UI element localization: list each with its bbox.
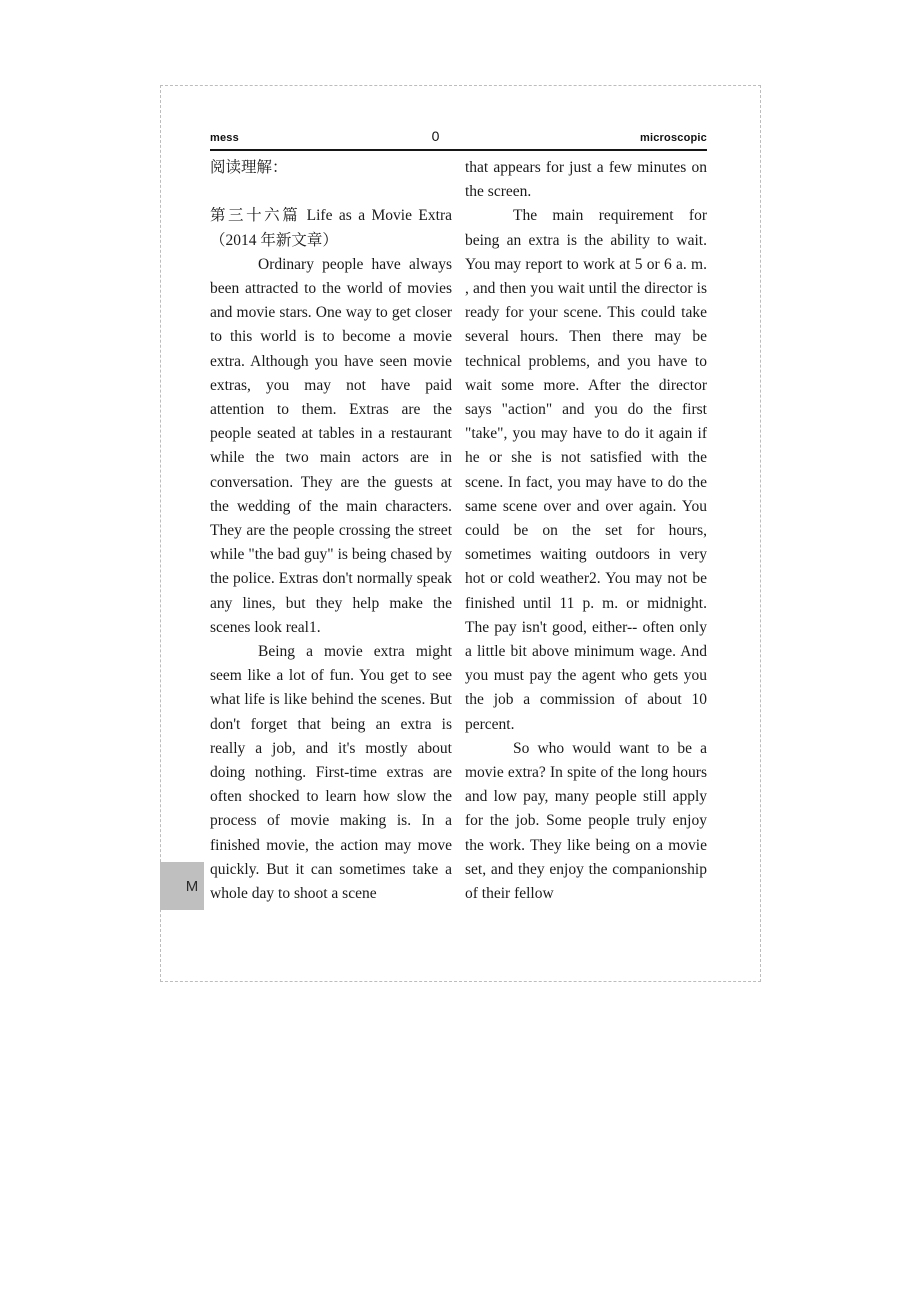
left-column: 阅读理解： 第三十六篇 Life as a Movie Extra（2014 年… [210,156,452,906]
paragraph-3: The main requirement for being an extra … [465,204,707,736]
section-label: 阅读理解： [210,156,452,180]
document-page: mess 0 microscopic 阅读理解： 第三十六篇 Life as a… [160,85,761,982]
margin-marker: M [160,862,204,910]
paragraph-2-continuation: that appears for just a few minutes on t… [465,156,707,204]
document-canvas: mess 0 microscopic 阅读理解： 第三十六篇 Life as a… [0,0,920,1302]
right-column: that appears for just a few minutes on t… [465,156,707,906]
article-title: 第三十六篇 Life as a Movie Extra（2014 年新文章） [210,204,452,252]
header-page-number: 0 [432,128,440,144]
margin-marker-label: M [186,878,199,895]
header-left-word: mess [210,132,239,144]
paragraph-4: So who would want to be a movie extra? I… [465,737,707,906]
paragraph-2: Being a movie extra might seem like a lo… [210,640,452,906]
text-columns: 阅读理解： 第三十六篇 Life as a Movie Extra（2014 年… [210,156,707,906]
page-header: mess 0 microscopic [210,114,707,151]
paragraph-1: Ordinary people have always been attract… [210,253,452,640]
header-right-word: microscopic [640,132,707,144]
